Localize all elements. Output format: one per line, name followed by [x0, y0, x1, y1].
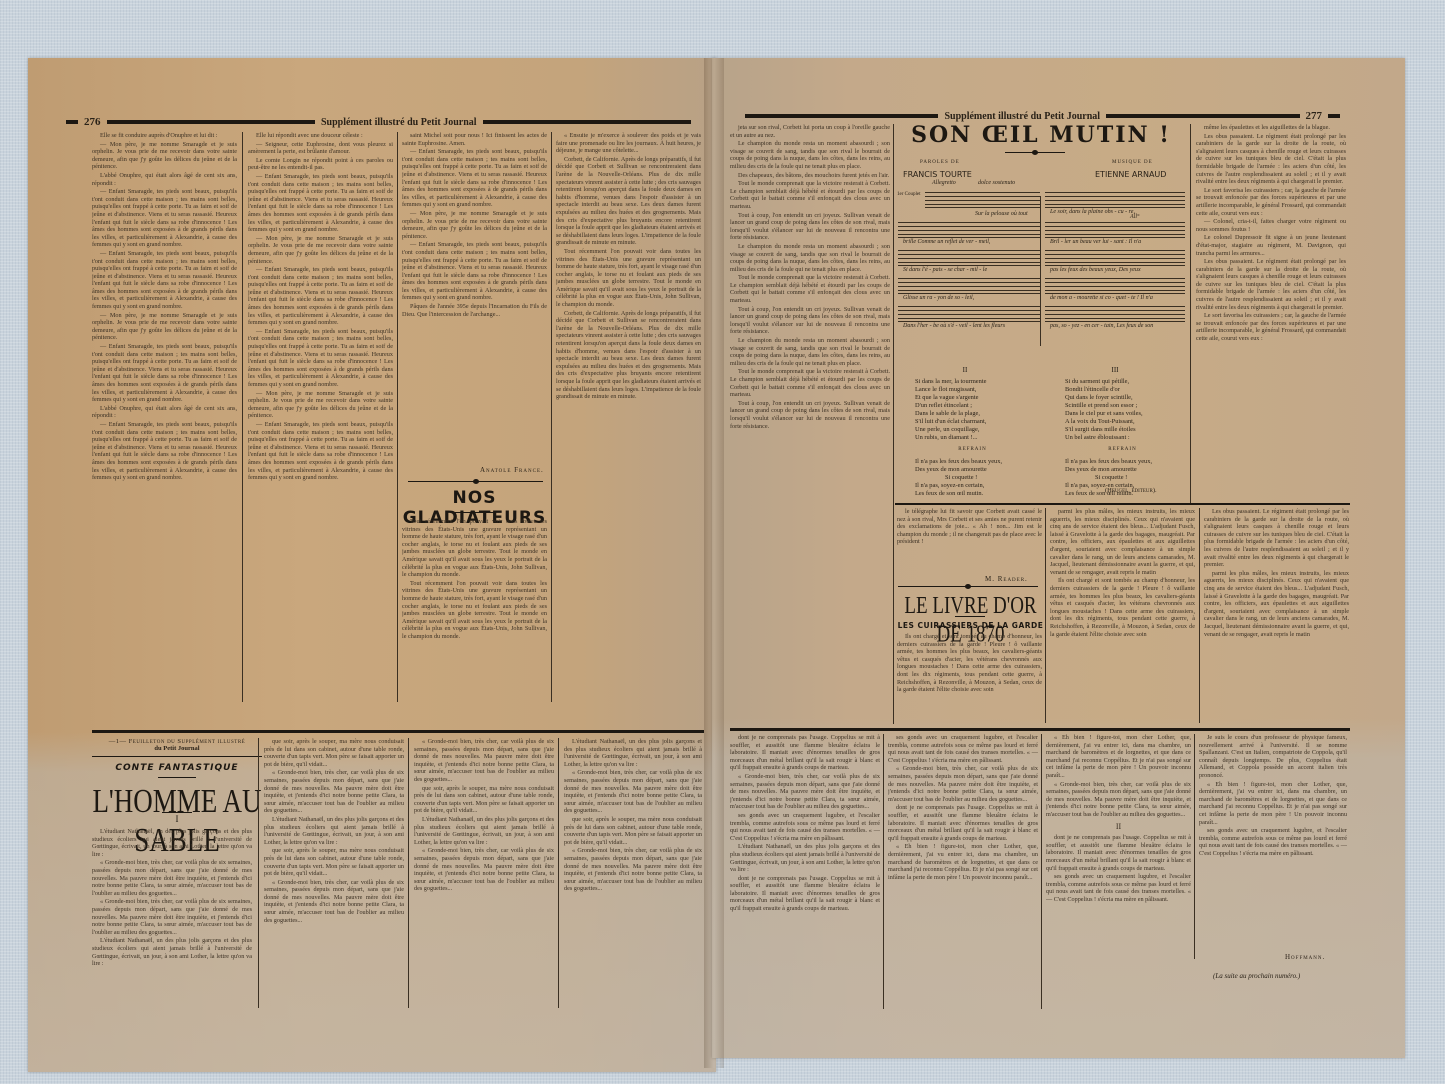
couplet-label: 1er Couplet [897, 192, 920, 197]
score-lyric: brille Comme un reflet de ver - meil, [903, 239, 990, 245]
music-staff [1045, 192, 1185, 208]
tempo-mark: Allegretto [932, 180, 956, 186]
refrain-line: Il n'a pas les feux des beaux yeux, [915, 458, 1030, 466]
column-rule [397, 132, 398, 702]
tempo-mark: dolce sostenuto [978, 180, 1015, 186]
refrain-line: Il n'a pas, soyez-en certain, [915, 482, 1030, 490]
verse-line: Scintille et prend son essor ; [1065, 402, 1180, 410]
paragraph: ses gonds avec un craquement lugubre, et… [1199, 827, 1347, 857]
rule [162, 812, 192, 813]
feuilleton-right-column-2: ses gonds avec un craquement lugubre, et… [888, 734, 1038, 1009]
refrain-line: Si coquette ! [915, 474, 1030, 482]
paragraph: — Enfant Smaragde, tes pieds sont beaux,… [92, 188, 237, 249]
music-staff [1045, 222, 1185, 238]
verse-number: III [1105, 366, 1125, 374]
left-column-1: Elle se fit conduire auprès d'Onuphre et… [92, 132, 237, 702]
paragraph: — Mon père, je me nomme Smaragde et je s… [248, 390, 393, 420]
paragraph: ses gonds avec un craquement lugubre, et… [888, 734, 1038, 764]
song-bottom-rule [895, 503, 1350, 505]
paragraph: L'abbé Onuphre, qui était alors âgé de c… [92, 172, 237, 187]
verse-line: Bondit l'étincelle d'or [1065, 386, 1180, 394]
page-number: 276 [84, 116, 101, 128]
feuilleton-label: —1— Feuilleton du Supplément illustré du… [92, 738, 262, 752]
verse-line: Si dans la mer, la tourmente [915, 378, 1030, 386]
score-lyric: Bril - ler un beau ver lui - sant : Il n… [1050, 239, 1141, 245]
refrain-line: Si coquette ! [1065, 474, 1180, 482]
paragraph: « Eh bien ! figure-toi, mon cher Lother,… [1046, 734, 1191, 780]
verse-line: Un rubis, un diamant !... [915, 434, 1030, 442]
feuilleton-right-column-1: dont je ne comprenais pas l'usage. Coppe… [730, 734, 880, 1009]
author-signature: Hoffmann. [1285, 953, 1325, 961]
title-underline [955, 616, 985, 617]
refrain-label: REFRAIN [1065, 446, 1180, 454]
paragraph: parmi les plus mâles, les mieux instruit… [1050, 508, 1195, 576]
feuilleton-right-column-3: « Eh bien ! figure-toi, mon cher Lother,… [1046, 734, 1191, 1009]
paragraph: — Enfant Smaragde, tes pieds sont beaux,… [92, 421, 237, 482]
paragraph: L'étudiant Nathanaël, un des plus jolis … [264, 816, 404, 846]
page-gutter [704, 58, 724, 1068]
paragraph: « Gronde-moi bien, très cher, car voilà … [92, 898, 252, 936]
verse-number: II [955, 366, 975, 374]
paragraph: — Mon père, je me nomme Smaragde et je s… [248, 235, 393, 265]
paragraph: — Mon père, je me nomme Smaragde et je s… [92, 312, 237, 342]
right-column-4: même les épaulettes et les aiguillettes … [1196, 124, 1346, 504]
section-subtitle: LES CUIRASSIERS DE LA GARDE [893, 621, 1048, 630]
verse-2: Si dans la mer, la tourmente Lance le fl… [915, 378, 1030, 498]
paragraph: Les obus passaient. Le régiment était pr… [1196, 133, 1346, 186]
left-column-4: « Ensuite je m'exerce à soulever des poi… [556, 132, 701, 702]
ornament-divider [408, 481, 543, 482]
paragraph: Pâques de l'année 395e depuis l'Incarnat… [402, 303, 547, 318]
publisher-credit: (Heugel, éditeur). [1105, 487, 1157, 494]
paragraph: « Gronde-moi bien, très cher, car voilà … [888, 765, 1038, 803]
music-staff [898, 306, 1040, 322]
running-head-left: 276 Supplément illustré du Petit Journal [66, 116, 691, 128]
music-staff [898, 250, 1040, 266]
paragraph: Le sort favorisa les cuirassiers ; car, … [1196, 312, 1346, 342]
chapter-number: II [1046, 823, 1191, 831]
verse-line: D'un reflet étincelant ; [915, 402, 1030, 410]
verse-line: Qui dans le foyer scintille, [1065, 394, 1180, 402]
lyricist-name: FRANCIS TOURTE [903, 170, 972, 179]
column-rule [408, 738, 409, 1008]
paragraph: — Enfant Smaragde, tes pieds sont beaux,… [248, 173, 393, 234]
rule [483, 120, 691, 124]
paragraph: Tout à coup, l'on entendit un cri joyeux… [730, 212, 890, 242]
rule [1106, 114, 1299, 118]
column-rule [558, 738, 559, 1008]
music-label: Musique de [1112, 160, 1153, 165]
column-rule [1045, 508, 1046, 723]
score-lyric: Sur la pelouse où tout [975, 211, 1028, 217]
feuilleton-column-2: que soir, après le souper, ma mère nous … [264, 738, 404, 1008]
running-title: Supplément illustré du Petit Journal [944, 111, 1100, 122]
feuilleton-kicker: CONTE FANTASTIQUE [92, 763, 262, 773]
lyrics-label: Paroles de [920, 160, 960, 165]
paragraph: « Gronde-moi bien, très cher, car voilà … [564, 847, 702, 893]
music-staff [898, 278, 1040, 294]
paragraph: « Gronde-moi bien, très cher, car voilà … [1046, 781, 1191, 819]
feuilleton-divider [92, 730, 704, 733]
paragraph: que soir, après le souper, ma mère nous … [564, 816, 702, 846]
feuilleton-column-3: « Gronde-moi bien, très cher, car voilà … [414, 738, 554, 1008]
column-rule [1199, 508, 1200, 723]
verse-3: Si du sarment qui pétille, Bondit l'étin… [1065, 378, 1180, 498]
livre-dor-lead: Ils ont chargé et sont tombés au champ d… [897, 633, 1042, 723]
column-rule [551, 132, 552, 702]
verse-line: Si du sarment qui pétille, [1065, 378, 1180, 386]
paragraph: Corbett, de Californie. Après de longs p… [556, 156, 701, 247]
rule [107, 120, 315, 124]
refrain-line: Des yeux de mon amourette [915, 466, 1030, 474]
paragraph: L'étudiant Nathanaël, un des plus jolis … [564, 738, 702, 768]
column-rule [258, 738, 259, 1008]
paragraph: ses gonds avec un craquement lugubre, et… [730, 812, 880, 842]
refrain-line: Les feux de son œil mutin. [915, 490, 1030, 498]
paragraph: dont je ne comprenais pas l'usage. Coppe… [730, 875, 880, 913]
paragraph: dont je ne comprenais pas l'usage. Coppe… [1046, 834, 1191, 872]
author-signature: M. Reader. [985, 575, 1028, 583]
paragraph: Ils ont chargé et sont tombés au champ d… [897, 633, 1042, 694]
paragraph: Le champion du monde resta un moment aba… [730, 243, 890, 273]
feuilleton-opening: L'étudiant Nathanaël, un des plus jolis … [92, 828, 252, 1008]
rule [66, 120, 78, 124]
feuilleton-column-4: L'étudiant Nathanaël, un des plus jolis … [564, 738, 702, 1008]
score-lyric: Dans l'her - be où s'é - veil - lent les… [903, 323, 1005, 329]
paragraph: Ils ont chargé et sont tombés au champ d… [1050, 577, 1195, 638]
verse-line: Dans le sable de la plage, [915, 410, 1030, 418]
verse-line: Une perle, un coquillage, [915, 426, 1030, 434]
verse-line: Dans le ciel pur et sans voiles, [1065, 410, 1180, 418]
verse-line: Un bel astre éblouissant : [1065, 434, 1180, 442]
score-lyric: pas, so - yez - en cer - tain, Les feux … [1050, 323, 1153, 329]
to-be-continued-note: (La suite au prochain numéro.) [1213, 972, 1300, 980]
verse-line: S'il luit d'un éclat charmant, [915, 418, 1030, 426]
paragraph: Elle lui répondit avec une douceur céles… [248, 132, 393, 140]
ornament-divider [1005, 152, 1065, 153]
paragraph: que soir, après le souper, ma mère nous … [414, 785, 554, 815]
rule [158, 777, 196, 778]
paragraph: ses gonds avec un craquement lugubre, et… [1046, 873, 1191, 903]
boxing-article-end: le télégraphe lui fit savoir que Corbett… [897, 508, 1042, 578]
paragraph: L'étudiant Nathanaël, un des plus jolis … [414, 816, 554, 846]
score-divider [1040, 196, 1041, 346]
page-number: 277 [1306, 110, 1323, 122]
score-lyric: de mon a - mourette si co - quet - te ! … [1050, 295, 1153, 301]
composer-name: ETIENNE ARNAUD [1095, 170, 1166, 179]
paragraph: Les obus passaient. Le régiment était pr… [1196, 258, 1346, 311]
paragraph: Des chapeaux, des bâtons, des mouchoirs … [730, 172, 890, 180]
refrain-line: Il n'a pas les feux des beaux yeux, [1065, 458, 1180, 466]
paragraph: — Seigneur, cette Euphrosine, dont vous … [248, 141, 393, 156]
paragraph: Tout à coup, l'on entendit un cri joyeux… [730, 400, 890, 430]
paragraph: Je suis le cours d'un professeur de phys… [1199, 734, 1347, 780]
paragraph: « Ensuite je m'exerce à soulever des poi… [556, 132, 701, 155]
feuilleton-label-line-1: —1— Feuilleton du Supplément illustré [92, 738, 262, 745]
paragraph: Elle se fit conduire auprès d'Onuphre et… [92, 132, 237, 140]
paragraph: — Enfant Smaragde, tes pieds sont beaux,… [92, 343, 237, 404]
ornament-divider [898, 586, 1038, 587]
paragraph: L'étudiant Nathanaël, un des plus jolis … [730, 843, 880, 873]
paragraph: « Gronde-moi bien, très cher, car voilà … [730, 773, 880, 811]
verse-line: A la voix du Tout-Puissant, [1065, 418, 1180, 426]
paragraph: — Enfant Smaragde, tes pieds sont beaux,… [402, 241, 547, 302]
paragraph: Le colonel Dupressoir fit signe à un jeu… [1196, 234, 1346, 257]
paragraph: Tout récemment l'on pouvait voir dans to… [402, 518, 547, 579]
column-rule [1190, 124, 1191, 504]
column-rule [1041, 734, 1042, 1009]
score-lyric: Le soir, dans la plaine obs - cu - re, [1050, 209, 1135, 215]
paragraph: L'étudiant Nathanaël, un des plus jolis … [92, 828, 252, 858]
feuilleton-right-column-4: Je suis le cours d'un professeur de phys… [1199, 734, 1347, 954]
column-rule [242, 132, 243, 702]
score-lyric: Glisse un ra - yon de so - leil, [903, 295, 974, 301]
paragraph: — Enfant Smaragde, tes pieds sont beaux,… [248, 328, 393, 389]
paragraph: Tout le monde comprenait que la victoire… [730, 180, 890, 210]
paragraph: que soir, après le souper, ma mère nous … [264, 738, 404, 768]
paragraph: parmi les plus mâles, les mieux instruit… [1204, 570, 1349, 638]
left-column-2: Elle lui répondit avec une douceur céles… [248, 132, 393, 702]
paragraph: Le champion du monde resta un moment aba… [730, 140, 890, 170]
paragraph: même les épaulettes et les aiguillettes … [1196, 124, 1346, 132]
paragraph: — Mon père, je me nomme Smaragde et je s… [92, 141, 237, 171]
paragraph: dont je ne comprenais pas l'usage. Coppe… [888, 804, 1038, 842]
paragraph: — Enfant Smaragde, tes pieds sont beaux,… [402, 148, 547, 209]
verse-line: S'il surgit dans mille étoiles [1065, 426, 1180, 434]
verse-line: Et que la vague s'argente [915, 394, 1030, 402]
paragraph: le télégraphe lui fit savoir que Corbett… [897, 508, 1042, 546]
paragraph: Corbett, de Californie. Après de longs p… [556, 310, 701, 401]
paragraph: Tout récemment l'on pouvait voir dans to… [556, 248, 701, 309]
right-column-1: jeta sur son rival, Corbett lui porta un… [730, 124, 890, 722]
paragraph: Tout récemment l'on pouvait voir dans to… [402, 580, 547, 641]
livre-dor-column-3: Les obus passaient. Le régiment était pr… [1204, 508, 1349, 723]
running-head-right: Supplément illustré du Petit Journal 277 [745, 110, 1340, 122]
paragraph: — Mon père, je me nomme Smaragde et je s… [402, 210, 547, 240]
gladiateurs-lead: Tout récemment l'on pouvait voir dans to… [402, 518, 547, 703]
left-column-3: saint Michel soit pour nous ! Ici finiss… [402, 132, 547, 432]
feuilleton-divider [730, 728, 1350, 731]
paragraph: que soir, après le souper, ma mère nous … [264, 847, 404, 877]
paragraph: Les obus passaient. Le régiment était pr… [1204, 508, 1349, 569]
paragraph: Le comte Longin ne répondit point à ces … [248, 157, 393, 172]
paragraph: « Gronde-moi bien, très cher, car voilà … [414, 738, 554, 784]
column-rule [883, 734, 884, 1009]
paragraph: Tout à coup, l'on entendit un cri joyeux… [730, 306, 890, 336]
paragraph: Le sort favorisa les cuirassiers ; car, … [1196, 187, 1346, 217]
running-title: Supplément illustré du Petit Journal [321, 117, 477, 128]
refrain-label: REFRAIN [915, 446, 1030, 454]
paragraph: « Eh bien ! figure-toi, mon cher Lother,… [1199, 781, 1347, 827]
paragraph: « Eh bien ! figure-toi, mon cher Lother,… [888, 843, 1038, 881]
paragraph: « Gronde-moi bien, très cher, car voilà … [264, 769, 404, 815]
paragraph: Tout le monde comprenait que la victoire… [730, 368, 890, 398]
paragraph: L'étudiant Nathanaël, un des plus jolis … [92, 937, 252, 967]
paragraph: — Enfant Smaragde, tes pieds sont beaux,… [248, 266, 393, 327]
music-staff [898, 222, 1040, 238]
score-lyric: Si dans l'é - pais - se char - mil - le [903, 267, 987, 273]
song-title: SON ŒIL MUTIN ! [896, 122, 1186, 148]
author-signature: Anatole France. [480, 466, 544, 474]
verse-line: Lance le flot mugissant, [915, 386, 1030, 394]
paragraph: — Enfant Smaragde, tes pieds sont beaux,… [248, 421, 393, 482]
music-staff [1045, 278, 1185, 294]
chapter-number: I [92, 814, 262, 824]
paragraph: dont je ne comprenais pas l'usage. Coppe… [730, 734, 880, 772]
paragraph: « Gronde-moi bien, très cher, car voilà … [564, 769, 702, 815]
paragraph: — Colonel, cria-t-il, faites charger vot… [1196, 218, 1346, 233]
music-staff [1045, 306, 1185, 322]
music-staff [1045, 250, 1185, 266]
paragraph: jeta sur son rival, Corbett lui porta un… [730, 124, 890, 139]
column-rule [1194, 734, 1195, 959]
paragraph: Le champion du monde resta un moment aba… [730, 337, 890, 367]
paragraph: Tout le monde comprenait que la victoire… [730, 274, 890, 304]
rule [745, 114, 938, 118]
rule [1328, 114, 1340, 118]
tempo-mark: All° [1130, 214, 1139, 220]
music-staff [925, 192, 1040, 208]
refrain-line: Des yeux de mon amourette [1065, 466, 1180, 474]
paragraph: « Gronde-moi bien, très cher, car voilà … [92, 859, 252, 897]
livre-dor-column-2: parmi les plus mâles, les mieux instruit… [1050, 508, 1195, 723]
paragraph: L'abbé Onuphre, qui était alors âgé de c… [92, 405, 237, 420]
paragraph: — Enfant Smaragde, tes pieds sont beaux,… [92, 250, 237, 311]
paragraph: saint Michel soit pour nous ! Ici finiss… [402, 132, 547, 147]
title-underline [455, 512, 495, 513]
rule [92, 756, 262, 757]
score-lyric: pas les feux des beaux yeux, Des yeux [1050, 267, 1141, 273]
feuilleton-label-line-2: du Petit Journal [92, 745, 262, 752]
paragraph: « Gronde-moi bien, très cher, car voilà … [414, 847, 554, 893]
paragraph: « Gronde-moi bien, très cher, car voilà … [264, 879, 404, 925]
